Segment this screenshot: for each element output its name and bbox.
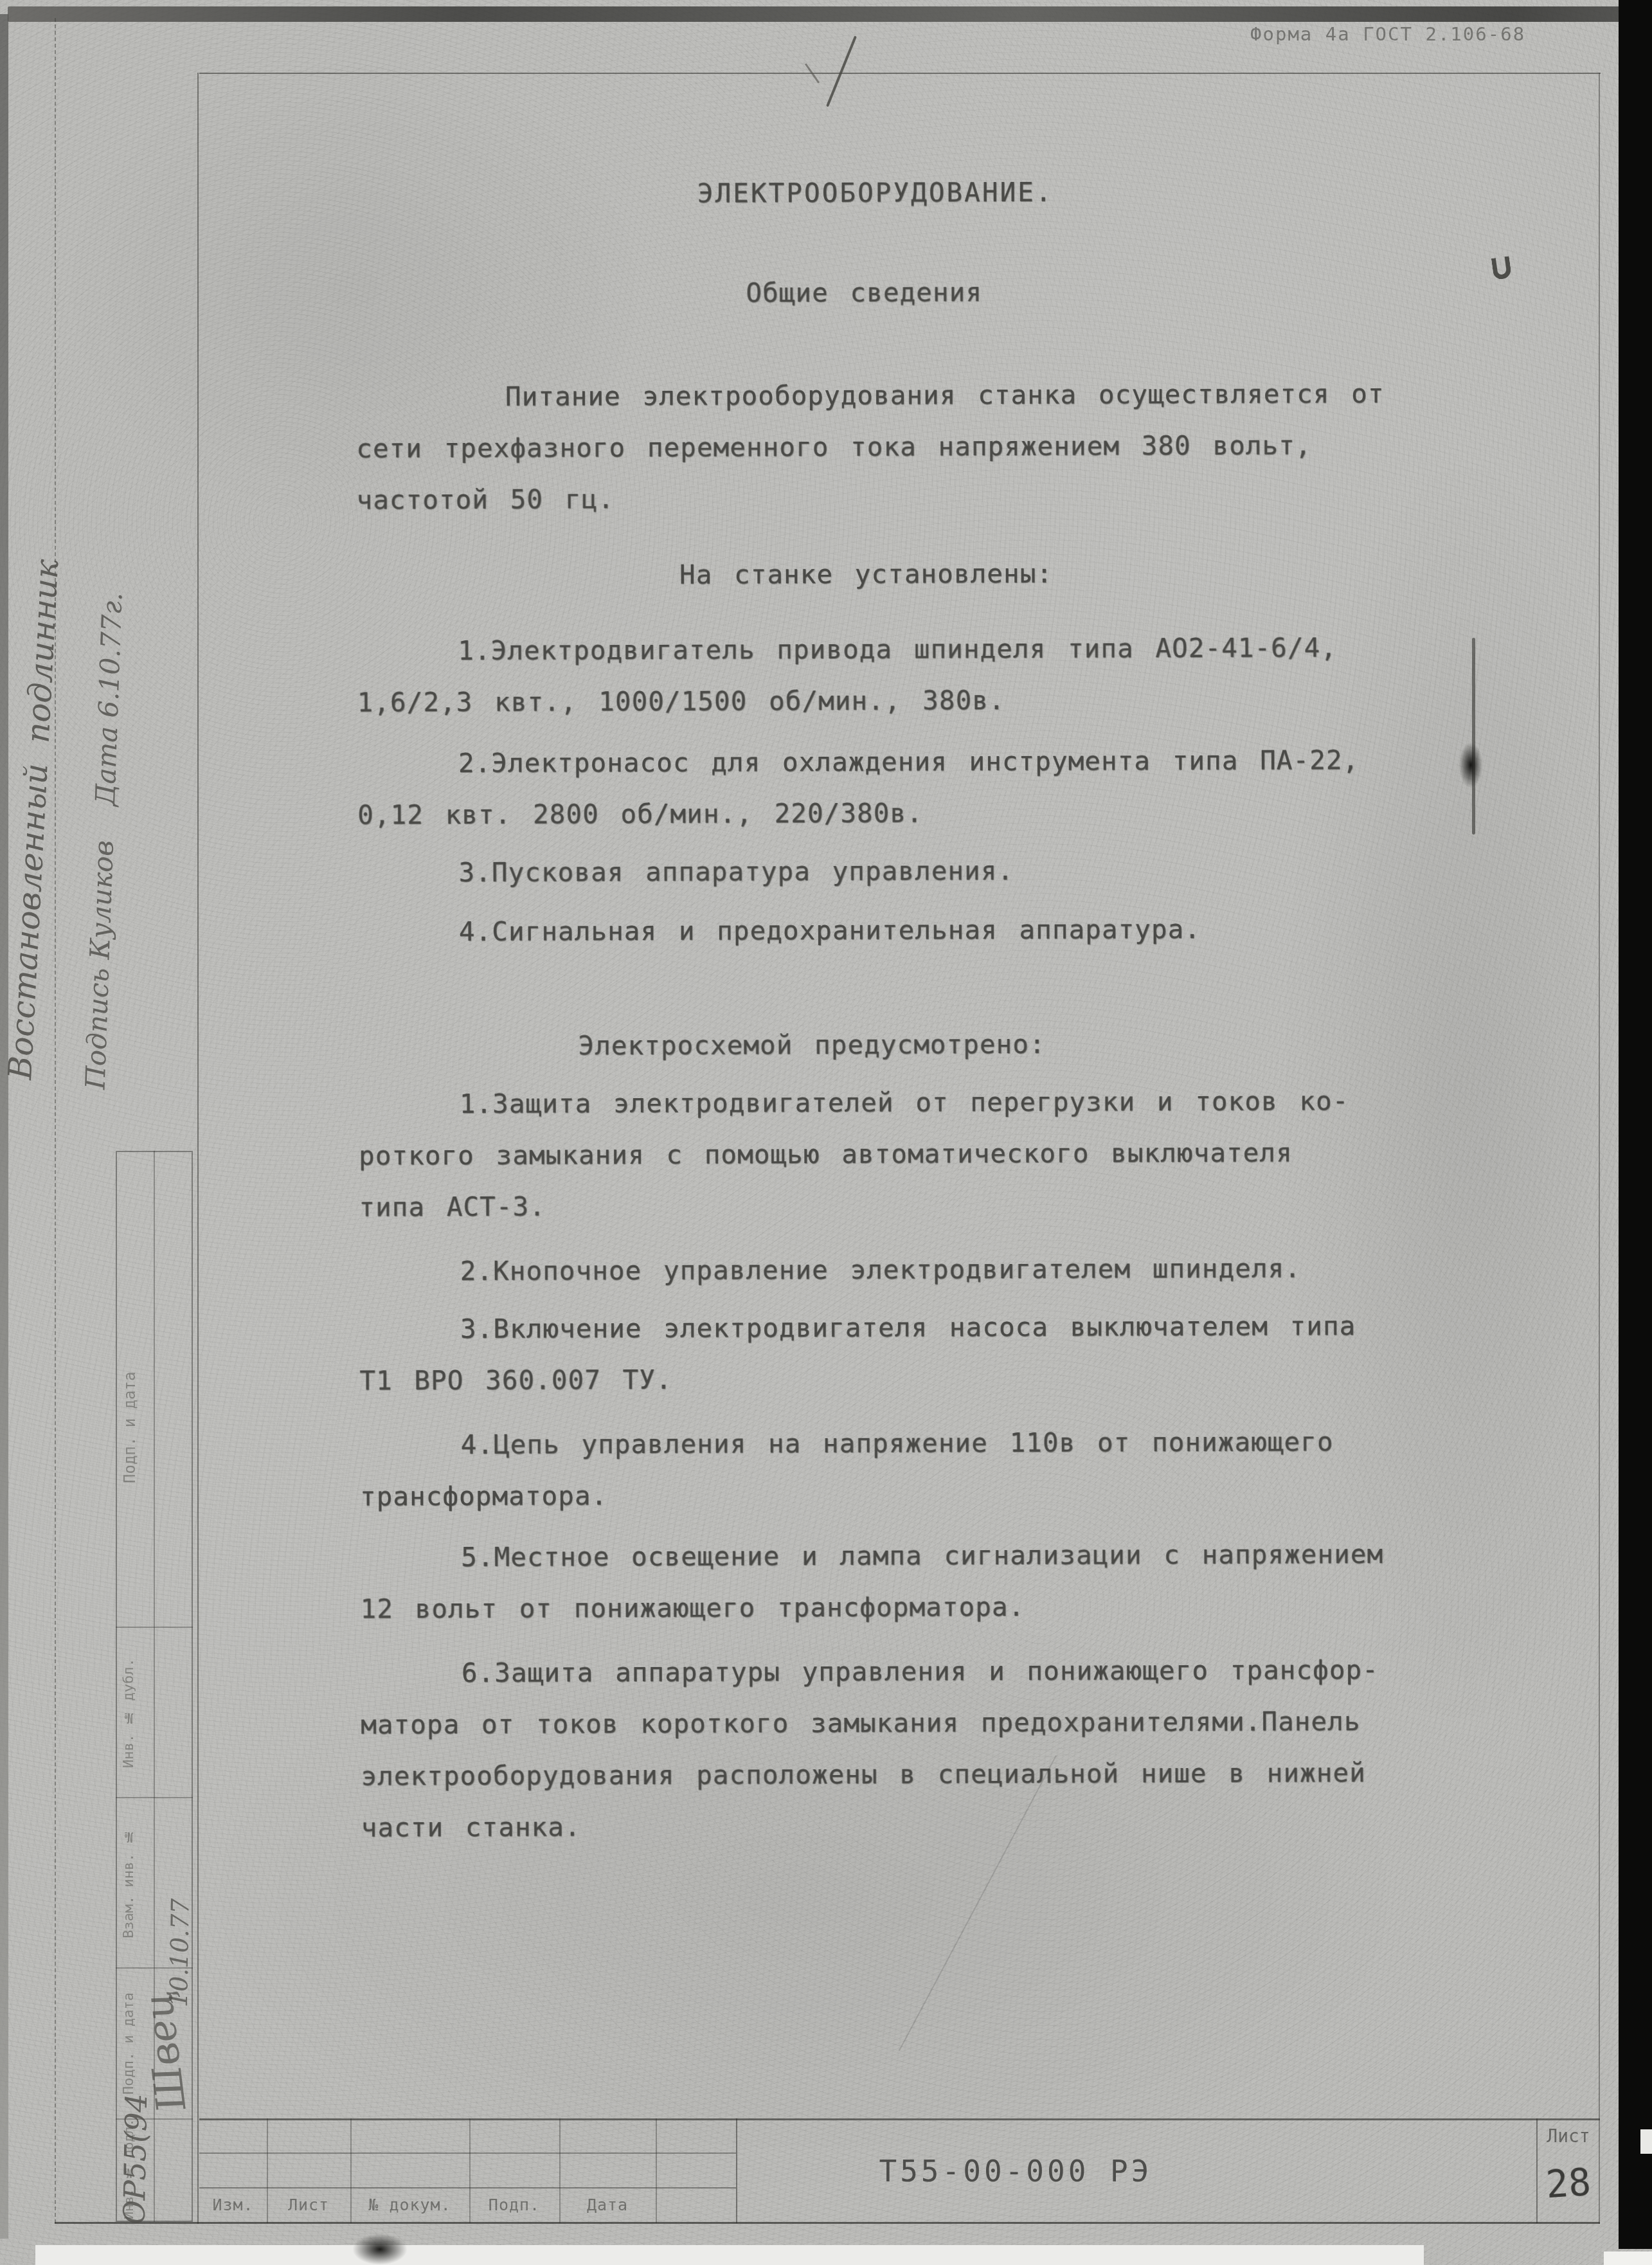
- section-subtitle: Общие сведения: [355, 264, 1590, 320]
- scheme-item-1: 1.Защита электродвигателей от перегрузки…: [359, 1074, 1594, 1233]
- list-line: типа АСТ-3.: [359, 1177, 1593, 1233]
- installed-heading: На станке установлены:: [357, 546, 1591, 602]
- ink-blob-right: [1459, 743, 1482, 788]
- list-line: 12 вольт от понижающего трансформатора.: [360, 1579, 1594, 1635]
- list-line: 3.Пусковая аппаратура управления.: [357, 843, 1592, 899]
- titleblock-label-doc: № докум.: [350, 2189, 469, 2221]
- intro-paragraph: Питание электрооборудования станка осуще…: [356, 367, 1591, 526]
- list-line: 4.Цепь управления на напряжение 110в от …: [360, 1415, 1594, 1471]
- list-line: Т1 ВРО 360.007 ТУ.: [359, 1351, 1594, 1407]
- titleblock-label-data: Дата: [559, 2189, 656, 2221]
- paragraph-line: Питание электрооборудования станка осуще…: [356, 367, 1590, 423]
- list-line: части станка.: [361, 1798, 1595, 1854]
- list-line: 1.Защита электродвигателей от перегрузки…: [359, 1074, 1593, 1130]
- scheme-item-4: 4.Цепь управления на напряжение 110в от …: [360, 1415, 1595, 1522]
- list-line: 2.Кнопочное управление электродвигателем…: [359, 1241, 1594, 1297]
- form-note: Форма 4а ГОСТ 2.106-68: [1250, 23, 1525, 45]
- list-line: электрооборудования расположены в специа…: [361, 1746, 1595, 1802]
- installed-item-3: 3.Пусковая аппаратура управления.: [357, 843, 1592, 899]
- list-line: 4.Сигнальная и предохранительная аппарат…: [358, 902, 1592, 958]
- sheet-label: Лист: [1538, 2125, 1599, 2147]
- list-line: 1.Электродвигатель привода шпинделя типа…: [357, 621, 1591, 677]
- titleblock-doc-number: Т55-00-000 РЭ: [791, 2154, 1241, 2188]
- titleblock-label-podp: Подп.: [469, 2189, 559, 2221]
- installed-item-4: 4.Сигнальная и предохранительная аппарат…: [358, 902, 1592, 958]
- scheme-heading: Электросхемой предусмотрено:: [358, 1016, 1592, 1072]
- list-line: трансформатора.: [360, 1466, 1594, 1522]
- ink-streak-right: [1472, 638, 1475, 835]
- sheet-number: 28: [1536, 2160, 1601, 2208]
- margin-approval-code: ОР55(94: [117, 1974, 156, 2225]
- installed-item-2: 2.Электронасос для охлаждения инструмент…: [357, 734, 1592, 841]
- scanned-document-page: { "page": { "form_note": "Форма 4а ГОСТ …: [0, 0, 1652, 2265]
- scheme-item-2: 2.Кнопочное управление электродвигателем…: [359, 1241, 1594, 1297]
- list-line: 2.Электронасос для охлаждения инструмент…: [357, 734, 1592, 790]
- paragraph-line: сети трехфазного переменного тока напряж…: [356, 419, 1590, 474]
- scheme-item-3: 3.Включение электродвигателя насоса выкл…: [359, 1299, 1594, 1407]
- list-line: 0,12 квт. 2800 об/мин., 220/380в.: [357, 785, 1592, 841]
- list-line: роткого замыкания с помощью автоматическ…: [359, 1126, 1593, 1182]
- page-title: ЭЛЕКТРООБОРУДОВАНИЕ.: [355, 165, 1590, 221]
- list-line: 5.Местное освещение и лампа сигнализации…: [360, 1528, 1594, 1584]
- scheme-item-5: 5.Местное освещение и лампа сигнализации…: [360, 1528, 1595, 1635]
- list-line: 1,6/2,3 квт., 1000/1500 об/мин., 380в.: [357, 672, 1592, 728]
- list-line: матора от токов короткого замыкания пред…: [361, 1695, 1595, 1751]
- typed-text-area: ЭЛЕКТРООБОРУДОВАНИЕ. Общие сведения Пита…: [195, 71, 1602, 1854]
- list-line: 3.Включение электродвигателя насоса выкл…: [359, 1299, 1594, 1355]
- scheme-item-6: 6.Защита аппаратуры управления и понижаю…: [361, 1643, 1595, 1854]
- titleblock-label-list: Лист: [267, 2189, 350, 2221]
- list-line: 6.Защита аппаратуры управления и понижаю…: [361, 1643, 1595, 1699]
- titleblock-label-izm: Изм.: [199, 2189, 267, 2221]
- installed-item-1: 1.Электродвигатель привода шпинделя типа…: [357, 621, 1592, 728]
- paragraph-line: частотой 50 гц.: [356, 470, 1590, 526]
- document-content: ЭЛЕКТРООБОРУДОВАНИЕ. Общие сведения Пита…: [0, 0, 1652, 2265]
